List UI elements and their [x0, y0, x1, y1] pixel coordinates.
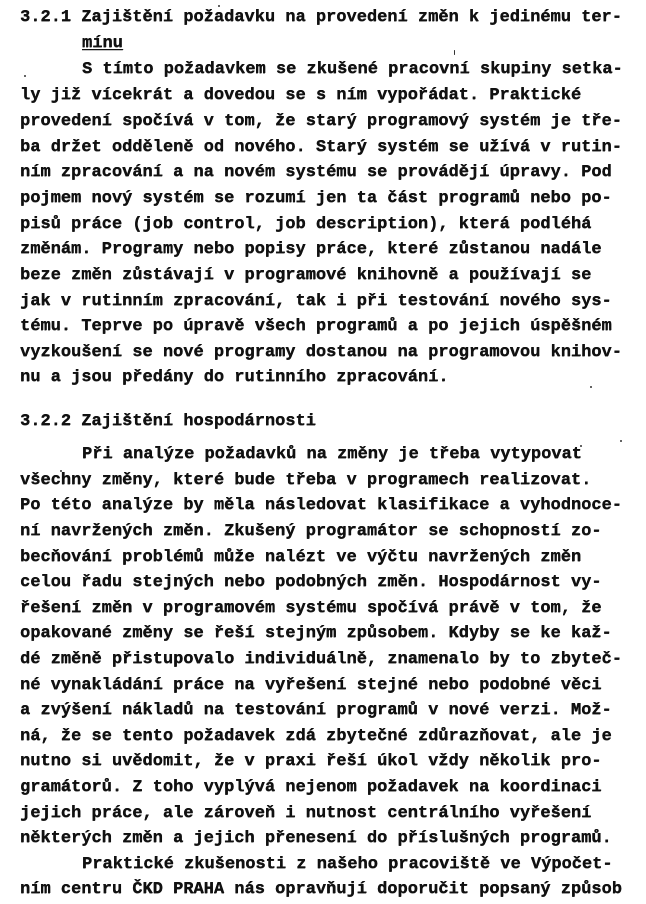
paragraph-line: Po této analýze by měla následovat klasi…	[20, 496, 622, 516]
paragraph-line: beze změn zůstávají v programové knihovn…	[20, 266, 591, 286]
scan-speck	[454, 50, 455, 55]
paragraph-line: nu a jsou předány do rutinního zpracován…	[20, 368, 448, 388]
paragraph-line: a zvýšení nákladů na testování programů …	[20, 701, 612, 721]
paragraph-line: Při analýze požadavků na změny je třeba …	[82, 445, 582, 465]
paragraph-line: tému. Teprve po úpravě všech programů a …	[20, 317, 612, 337]
paragraph-line: ním zpracování a na novém systému se pro…	[20, 163, 612, 183]
paragraph-line: becňování problémů může nalézt ve výčtu …	[20, 548, 581, 568]
scan-speck	[590, 386, 592, 388]
paragraph-line: změnám. Programy nebo popisy práce, kter…	[20, 240, 602, 260]
paragraph-line: provedení spočívá v tom, že starý progra…	[20, 112, 622, 132]
typewritten-page: 3.2.1 Zajištění požadavku na provedení z…	[0, 0, 646, 904]
paragraph-line: jejich práce, ale zároveň i nutnost cent…	[20, 804, 591, 824]
scan-speck	[218, 5, 220, 7]
paragraph-line: pisů práce (job control, job description…	[20, 215, 591, 235]
paragraph-line: vyzkoušení se nové programy dostanou na …	[20, 343, 622, 363]
section-heading-3-2-1-line-1: 3.2.1 Zajištění požadavku na provedení z…	[20, 8, 622, 28]
paragraph-line: ly již vícekrát a dovedou se s ním vypoř…	[20, 86, 581, 106]
paragraph-line: gramátorů. Z toho vyplývá nejenom požada…	[20, 778, 602, 798]
paragraph-line: Praktické zkušenosti z našeho pracoviště…	[82, 855, 613, 875]
paragraph-line: dé změně přistupovalo individuálně, znam…	[20, 650, 622, 670]
paragraph-line: některých změn a jejich přenesení do pří…	[20, 829, 612, 849]
paragraph-line: S tímto požadavkem se zkušené pracovní s…	[82, 60, 623, 80]
scan-speck	[580, 445, 582, 447]
paragraph-line: ní navržených změn. Zkušený programátor …	[20, 522, 602, 542]
paragraph-line: všechny změny, které bude třeba v progra…	[20, 471, 591, 491]
paragraph-line: jak v rutinním zpracování, tak i při tes…	[20, 292, 612, 312]
scan-speck	[620, 440, 622, 442]
paragraph-line: pojmem nový systém se rozumí jen ta část…	[20, 189, 612, 209]
paragraph-line: ním centru ČKD PRAHA nás opravňují dopor…	[20, 880, 622, 900]
paragraph-line: ba držet odděleně od nového. Starý systé…	[20, 138, 622, 158]
paragraph-line: celou řadu stejných nebo podobných změn.…	[20, 573, 602, 593]
paragraph-line: opakované změny se řeší stejným způsobem…	[20, 624, 612, 644]
paragraph-line: řešení změn v programovém systému spočív…	[20, 599, 602, 619]
scan-speck	[60, 470, 62, 472]
paragraph-line: nutno si uvědomit, že v praxi řeší úkol …	[20, 752, 602, 772]
paragraph-line: né vynakládání práce na vyřešení stejné …	[20, 676, 602, 696]
section-heading-3-2-2: 3.2.2 Zajištění hospodárnosti	[20, 412, 316, 432]
scan-speck	[24, 75, 26, 77]
paragraph-line: ná, že se tento požadavek zdá zbytečné z…	[20, 727, 612, 747]
section-heading-3-2-1-line-2: mínu	[82, 34, 123, 54]
